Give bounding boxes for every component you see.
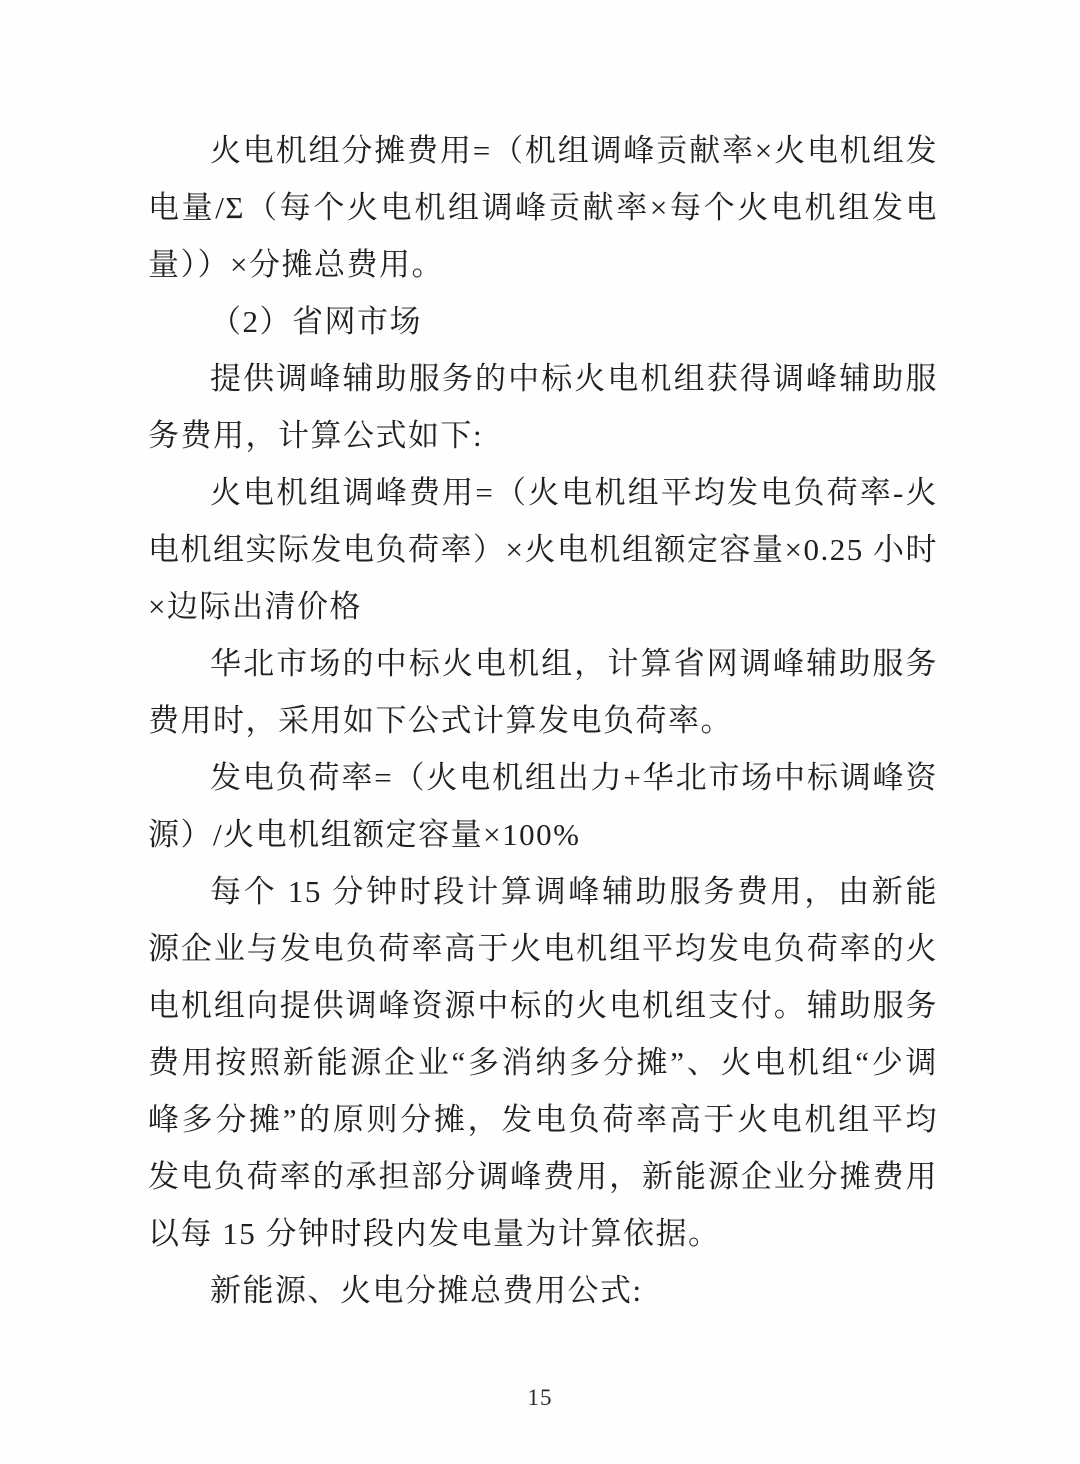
paragraph-formula-thermal-share: 火电机组分摊费用=（机组调峰贡献率×火电机组发电量/Σ（每个火电机组调峰贡献率×… xyxy=(148,122,938,293)
document-page: 火电机组分摊费用=（机组调峰贡献率×火电机组发电量/Σ（每个火电机组调峰贡献率×… xyxy=(0,0,1080,1464)
paragraph-allocation-rules: 每个 15 分钟时段计算调峰辅助服务费用，由新能源企业与发电负荷率高于火电机组平… xyxy=(148,863,938,1262)
paragraph-formula-peak-fee: 火电机组调峰费用=（火电机组平均发电负荷率-火电机组实际发电负荷率）×火电机组额… xyxy=(148,464,938,635)
paragraph-total-fee-formula-intro: 新能源、火电分摊总费用公式: xyxy=(148,1262,938,1319)
paragraph-intro: 提供调峰辅助服务的中标火电机组获得调峰辅助服务费用，计算公式如下: xyxy=(148,350,938,464)
document-body: 火电机组分摊费用=（机组调峰贡献率×火电机组发电量/Σ（每个火电机组调峰贡献率×… xyxy=(148,122,938,1319)
paragraph-north-china-market: 华北市场的中标火电机组，计算省网调峰辅助服务费用时，采用如下公式计算发电负荷率。 xyxy=(148,635,938,749)
page-number: 15 xyxy=(0,1385,1080,1411)
paragraph-section-heading: （2）省网市场 xyxy=(148,293,938,350)
paragraph-formula-load-rate: 发电负荷率=（火电机组出力+华北市场中标调峰资源）/火电机组额定容量×100% xyxy=(148,749,938,863)
